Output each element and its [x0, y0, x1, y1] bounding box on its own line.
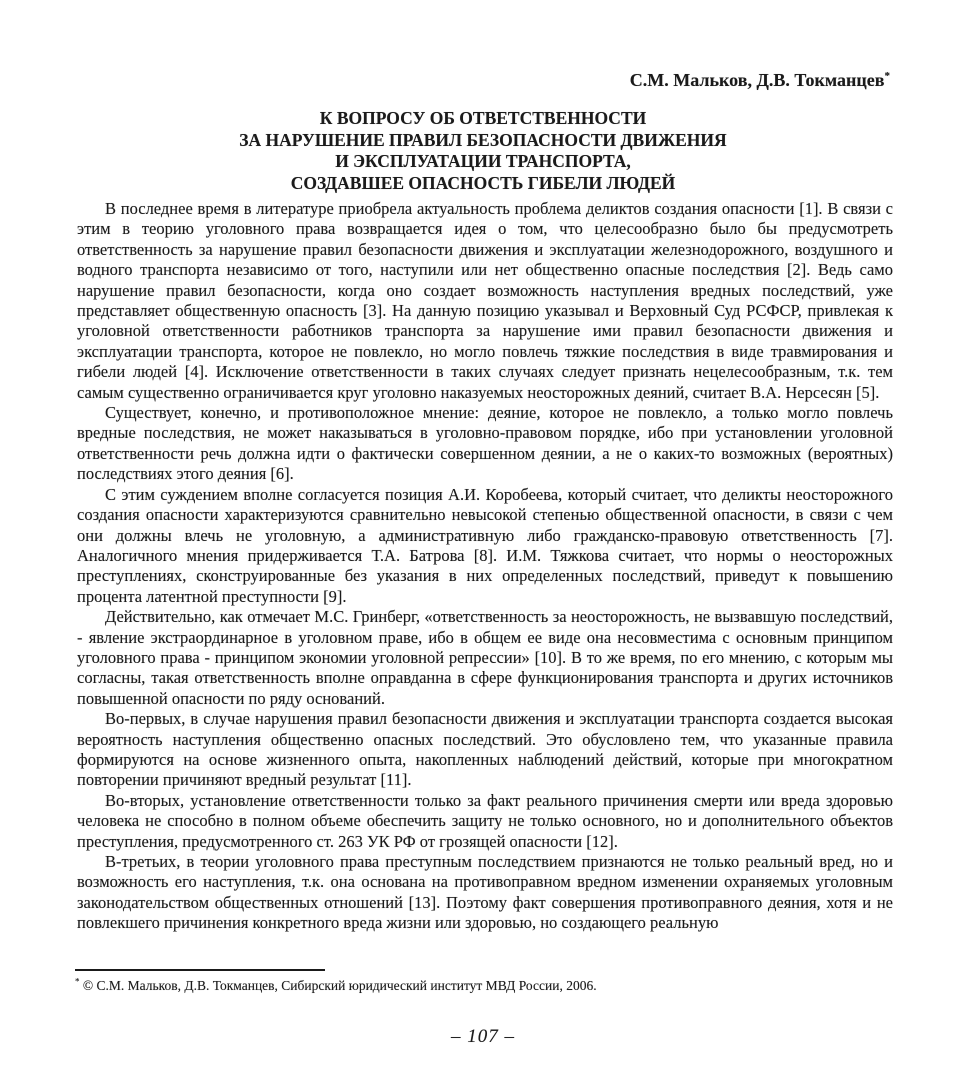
- authors-names: С.М. Мальков, Д.В. Токманцев: [630, 70, 885, 90]
- article-title-line-2: ЗА НАРУШЕНИЕ ПРАВИЛ БЕЗОПАСНОСТИ ДВИЖЕНИ…: [0, 130, 966, 152]
- article-title-line-4: СОЗДАВШЕЕ ОПАСНОСТЬ ГИБЕЛИ ЛЮДЕЙ: [0, 173, 966, 195]
- authors-footnote-mark: *: [885, 70, 891, 82]
- paragraph: Существует, конечно, и противоположное м…: [77, 403, 893, 485]
- page-number: – 107 –: [0, 1026, 966, 1048]
- article-title: К ВОПРОСУ ОБ ОТВЕТСТВЕННОСТИ ЗА НАРУШЕНИ…: [0, 108, 966, 194]
- footnote-divider: [75, 969, 325, 971]
- scanned-article-page: С.М. Мальков, Д.В. Токманцев* К ВОПРОСУ …: [0, 0, 966, 1080]
- paragraph: С этим суждением вполне согласуется пози…: [77, 485, 893, 607]
- authors-line: С.М. Мальков, Д.В. Токманцев*: [630, 70, 890, 91]
- article-body: В последнее время в литературе приобрела…: [77, 199, 893, 934]
- footnote-text: © С.М. Мальков, Д.В. Токманцев, Сибирски…: [83, 978, 597, 993]
- paragraph: В-третьих, в теории уголовного права пре…: [77, 852, 893, 934]
- article-title-line-1: К ВОПРОСУ ОБ ОТВЕТСТВЕННОСТИ: [0, 108, 966, 130]
- article-title-line-3: И ЭКСПЛУАТАЦИИ ТРАНСПОРТА,: [0, 151, 966, 173]
- footnote-mark: *: [75, 977, 80, 987]
- paragraph: Действительно, как отмечает М.С. Гринбер…: [77, 607, 893, 709]
- paragraph: Во-первых, в случае нарушения правил без…: [77, 709, 893, 791]
- paragraph: В последнее время в литературе приобрела…: [77, 199, 893, 403]
- paragraph: Во-вторых, установление ответственности …: [77, 791, 893, 852]
- copyright-footnote: * © С.М. Мальков, Д.В. Токманцев, Сибирс…: [75, 977, 895, 994]
